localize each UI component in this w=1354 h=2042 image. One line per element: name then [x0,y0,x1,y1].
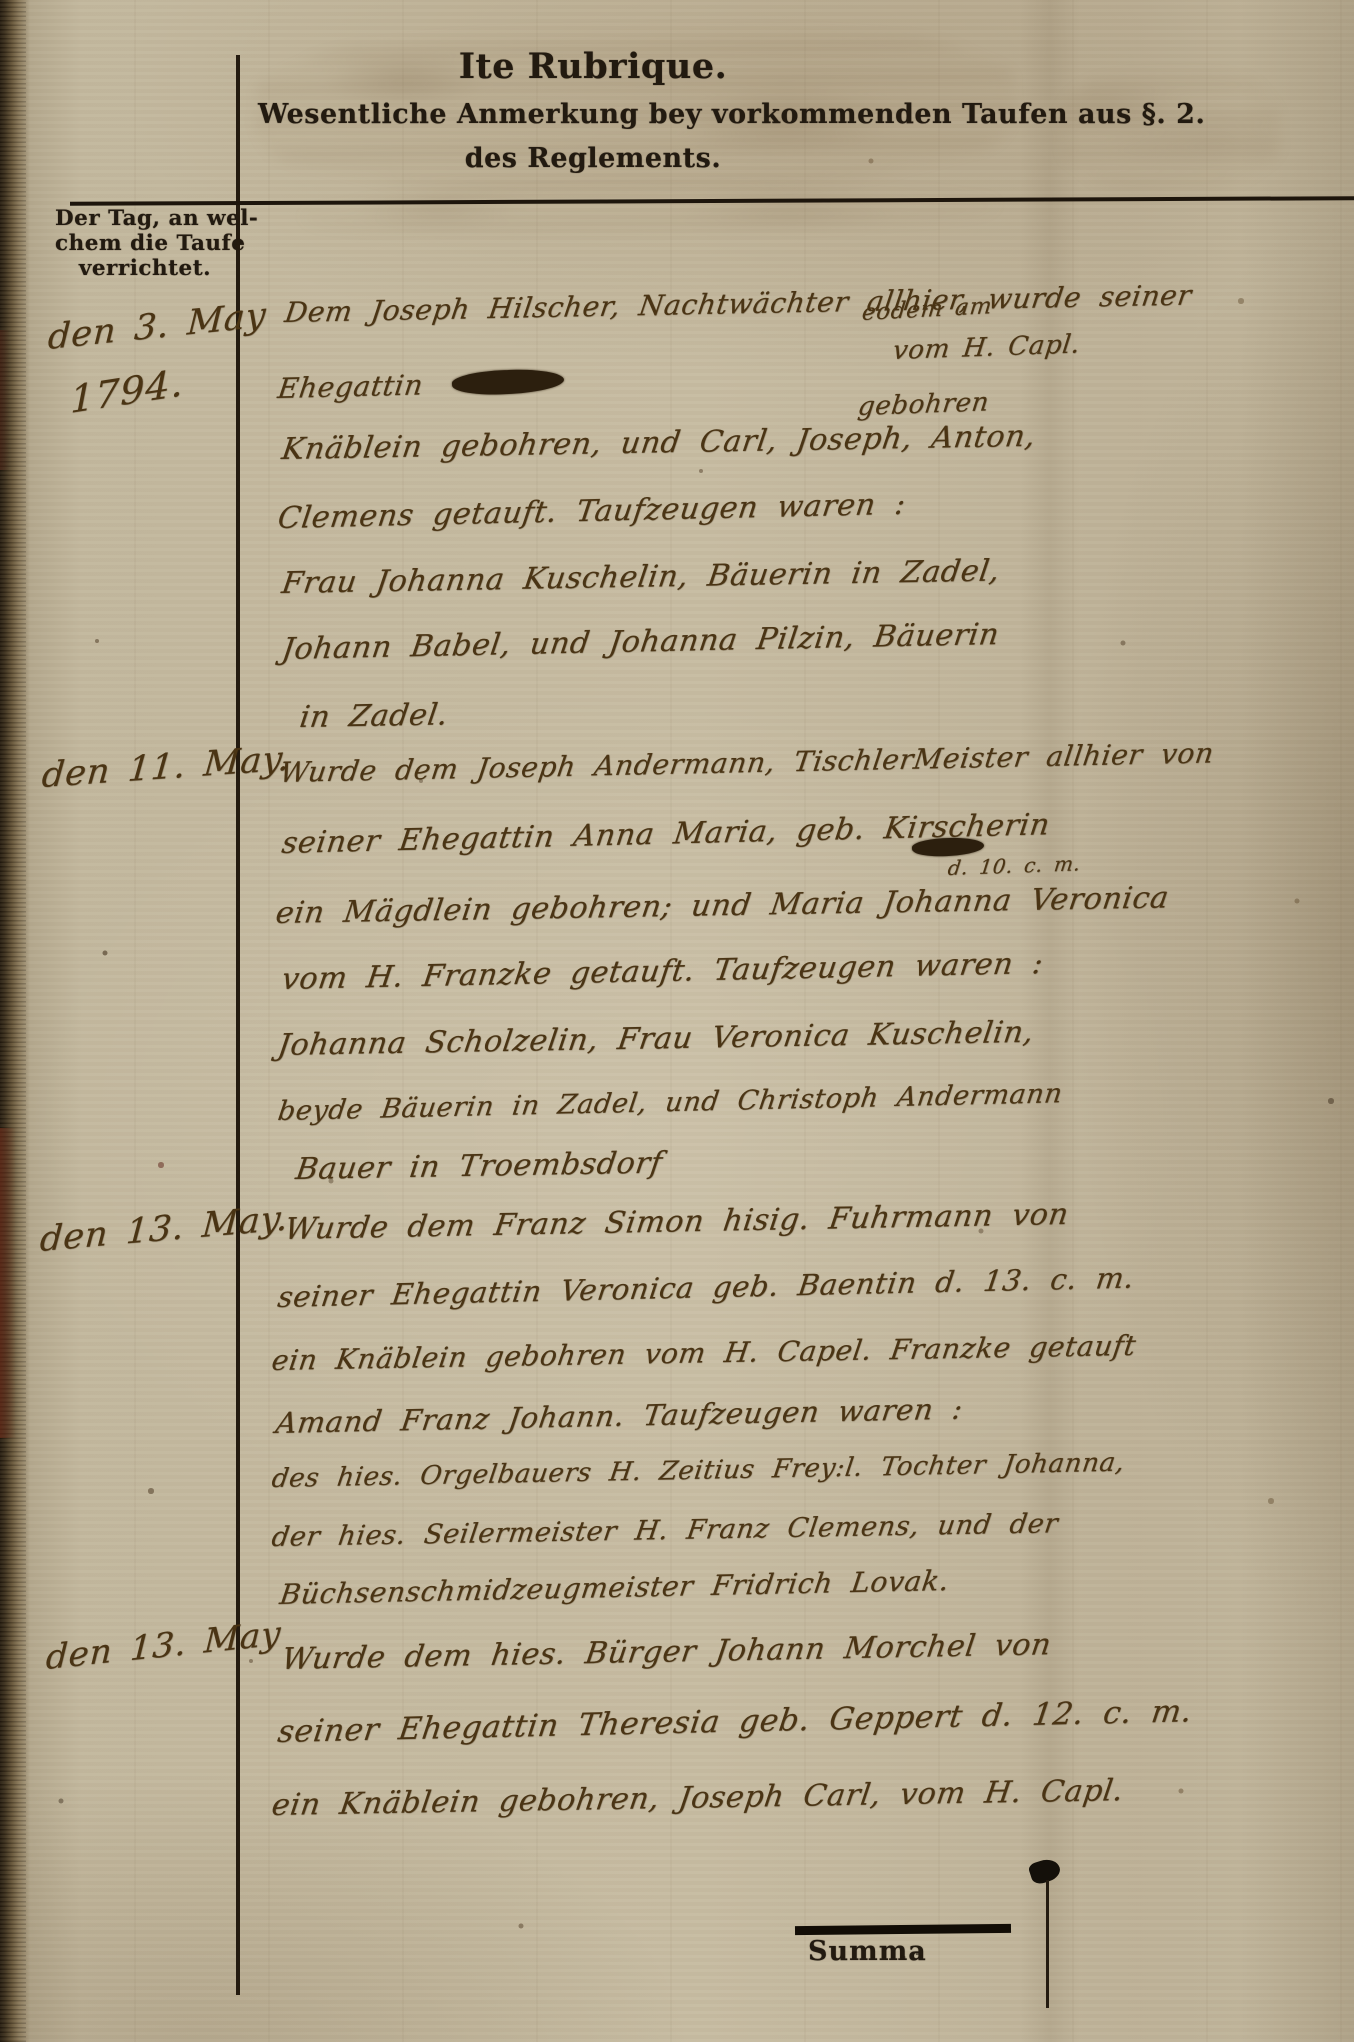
page-subtitle-2: des Reglements. [238,143,948,174]
binding-red-tint [0,1128,16,1438]
summa-marks: . - [900,1940,924,1964]
entry-line: Ehegattin [276,368,425,405]
margin-note: d. 10. c. m. [947,851,1083,880]
interlinear-note: gebohren [856,387,991,422]
page-subtitle: Wesentliche Anmerkung bey vorkommenden T… [258,99,1096,130]
page-title: Ite Rubrique. [238,46,948,87]
date-column-header-line3: verrichtet. [55,256,235,281]
binding-page-edges [0,0,26,2042]
margin-rule-vertical [1046,1880,1049,2008]
date-column-header-line1: Der Tag, an wel- [55,206,235,231]
column-divider-vertical [236,55,240,1995]
entry-line: in Zadel. [298,697,451,735]
date-column-header-line2: chem die Taufe [55,231,235,256]
entry-line: Bauer in Troembsdorf [294,1146,665,1187]
binding-red-tint-2 [0,330,10,470]
